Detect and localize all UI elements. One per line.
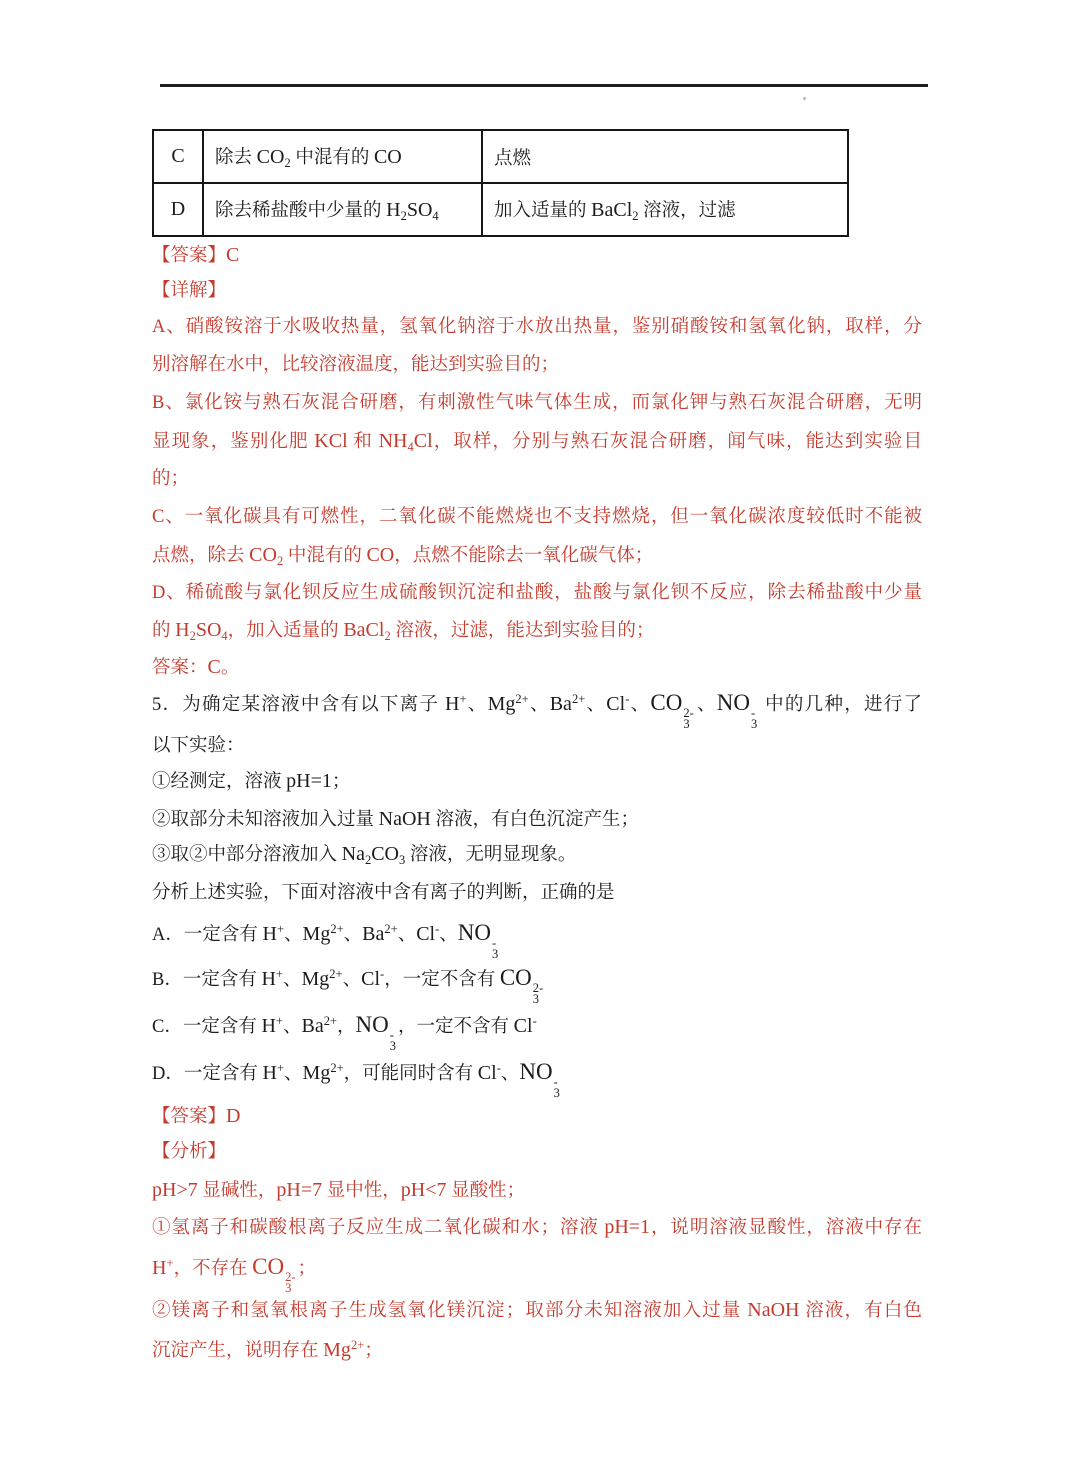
stacked-ion-script: -3 [492, 938, 498, 960]
q5-option-d: D．一定含有 H+、Mg2+，可能同时含有 Cl-、NO-3 [152, 1055, 922, 1099]
q5-experiment-1: ①经测定，溶液 pH=1； [152, 768, 922, 796]
stacked-ion-script: 2-3 [285, 1272, 295, 1294]
stacked-ion-script: 2-3 [533, 983, 543, 1005]
q4-explanation-d-line2: 的 H2SO4，加入适量的 BaCl2 溶液，过滤，能达到实验目的； [152, 617, 922, 650]
removal-methods-table: C 除去 CO2 中混有的 CO 点燃 D 除去稀盐酸中少量的 H2SO4 加入… [152, 129, 849, 237]
table-row-c: C 除去 CO2 中混有的 CO 点燃 [153, 130, 848, 183]
q4-explanation-b-line3: 的； [152, 466, 922, 493]
table-cell-option-d: D [153, 183, 203, 236]
q4-explanation-d-line1: D、稀硫酸与氯化钡反应生成硫酸钡沉淀和盐酸，盐酸与氯化钡不反应，除去稀盐酸中少量 [152, 580, 922, 607]
q5-experiment-3: ③取②中部分溶液加入 Na2CO3 溶液，无明显现象。 [152, 841, 922, 874]
stacked-ion-script: -3 [751, 708, 757, 730]
stray-mark [803, 97, 806, 100]
q5-analysis-line1: pH>7 显碱性，pH=7 显中性，pH<7 显酸性； [152, 1177, 922, 1205]
q5-stem-line2: 以下实验： [152, 733, 922, 760]
q4-answer-line: 【答案】C [152, 242, 922, 270]
q5-analysis-line2: ①氢离子和碳酸根离子反应生成二氧化碳和水；溶液 pH=1，说明溶液显酸性，溶液中… [152, 1214, 922, 1242]
q4-explanation-c-line2: 点燃，除去 CO2 中混有的 CO，点燃不能除去一氧化碳气体； [152, 542, 922, 575]
exam-answer-page: C 除去 CO2 中混有的 CO 点燃 D 除去稀盐酸中少量的 H2SO4 加入… [0, 0, 1080, 1461]
q4-explanation-b-line2: 显现象，鉴别化肥 KCl 和 NH4Cl，取样，分别与熟石灰混合研磨，闻气味，能… [152, 428, 922, 461]
q5-analysis-line5: 沉淀产生，说明存在 Mg2+； [152, 1332, 922, 1365]
stacked-ion-script: -3 [554, 1077, 560, 1099]
table-cell-method-c: 点燃 [482, 130, 848, 183]
q5-experiment-2: ②取部分未知溶液加入过量 NaOH 溶液，有白色沉淀产生； [152, 806, 922, 834]
q4-explanation-a-line1: A、硝酸铵溶于水吸收热量，氢氧化钠溶于水放出热量，鉴别硝酸铵和氢氧化钠，取样，分 [152, 314, 922, 341]
table-cell-method-d: 加入适量的 BaCl2 溶液，过滤 [482, 183, 848, 236]
stacked-ion-script: -3 [390, 1030, 396, 1052]
q5-stem-line1: 5．为确定某溶液中含有以下离子 H+、Mg2+、Ba2+、Cl-、CO2-3、N… [152, 686, 922, 730]
table-cell-purpose-c: 除去 CO2 中混有的 CO [203, 130, 482, 183]
q4-conclusion-line: 答案：C。 [152, 654, 922, 682]
q5-analysis-label: 【分析】 [152, 1139, 922, 1166]
q5-option-b: B．一定含有 H+、Mg2+、Cl-，一定不含有 CO2-3 [152, 961, 922, 1005]
q5-question-line: 分析上述实验，下面对溶液中含有离子的判断，正确的是 [152, 880, 922, 907]
table-cell-option-c: C [153, 130, 203, 183]
q4-explanation-a-line2: 别溶解在水中，比较溶液温度，能达到实验目的； [152, 352, 922, 379]
stacked-ion-script: 2-3 [683, 708, 693, 730]
q5-option-a: A．一定含有 H+、Mg2+、Ba2+、Cl-、NO-3 [152, 916, 922, 960]
q5-answer-line: 【答案】D [152, 1103, 922, 1131]
q5-analysis-line3: H+，不存在 CO2-3； [152, 1250, 922, 1294]
q4-explanation-b-line1: B、氯化铵与熟石灰混合研磨，有刺激性气味气体生成，而氯化钾与熟石灰混合研磨，无明 [152, 390, 922, 417]
header-rule [160, 84, 928, 87]
table-cell-purpose-d: 除去稀盐酸中少量的 H2SO4 [203, 183, 482, 236]
q4-detail-label: 【详解】 [152, 278, 922, 305]
q4-explanation-c-line1: C、一氧化碳具有可燃性，二氧化碳不能燃烧也不支持燃烧，但一氧化碳浓度较低时不能被 [152, 504, 922, 531]
table-row-d: D 除去稀盐酸中少量的 H2SO4 加入适量的 BaCl2 溶液，过滤 [153, 183, 848, 236]
q5-option-c: C．一定含有 H+、Ba2+，NO-3，一定不含有 Cl- [152, 1008, 922, 1052]
q5-analysis-line4: ②镁离子和氢氧根离子生成氢氧化镁沉淀；取部分未知溶液加入过量 NaOH 溶液，有… [152, 1297, 922, 1325]
